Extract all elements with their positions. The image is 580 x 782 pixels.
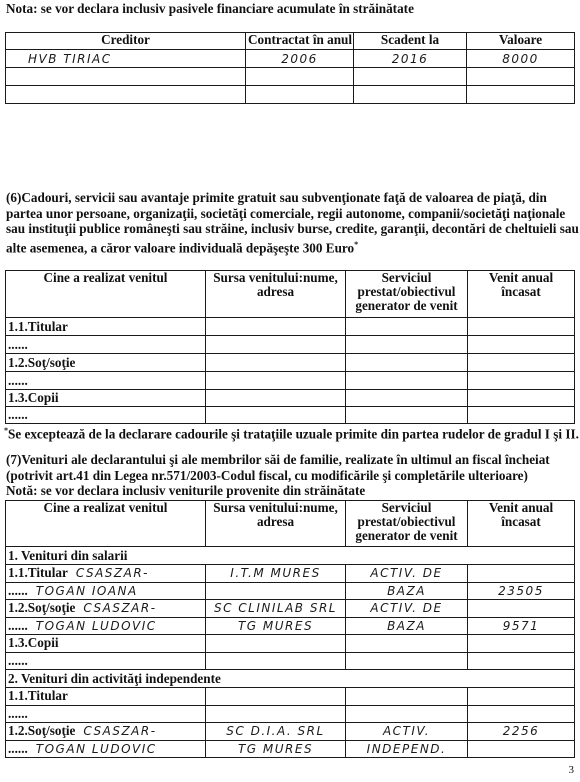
group-header-row: 1. Venituri din salarii [6, 547, 575, 565]
who-cell: 1.3.Copii [6, 635, 206, 653]
contracted-cell [246, 86, 354, 104]
value-cell: 8000 [467, 50, 575, 68]
income-cell [468, 688, 575, 706]
value-cell [467, 86, 575, 104]
due-cell [354, 86, 467, 104]
table-row: 1.2.Soţ/soţie [6, 354, 575, 372]
contracted-cell [246, 68, 354, 86]
who-cell: ......TOGAN LUDOVIC [6, 617, 206, 635]
service-cell: ACTIV. [346, 723, 468, 741]
col-contracted: Contractat în anul [246, 33, 354, 50]
creditor-cell [6, 86, 246, 104]
who-cell: 1.2.Soţ/soţieCSASZAR- [6, 600, 206, 618]
who-cell: 1.1.TitularCSASZAR- [6, 565, 206, 583]
table-row: ...... [6, 652, 575, 670]
income-cell [468, 705, 575, 723]
income-table: Cine a realizat venitul Sursa venitului:… [5, 500, 575, 758]
col-creditor: Creditor [6, 33, 246, 50]
due-cell: 2016 [354, 50, 467, 68]
service-cell: ACTIV. DE [346, 600, 468, 618]
table-row: ......TOGAN IOANABAZA23505 [6, 582, 575, 600]
table-row: 1.1.TitularCSASZAR-I.T.M MURESACTIV. DE [6, 565, 575, 583]
income-cell [468, 652, 575, 670]
group-title: 2. Venituri din activităţi independente [6, 670, 575, 688]
table-row: ...... [6, 336, 575, 354]
due-cell [354, 68, 467, 86]
table-row [6, 86, 575, 104]
service-cell: BAZA [346, 582, 468, 600]
col-source: Sursa venitului:nume, adresa [206, 271, 346, 318]
source-cell: SC CLINILAB SRL [206, 600, 346, 618]
service-cell: INDEPEND. [346, 740, 468, 758]
income-cell: 2256 [468, 723, 575, 741]
page-number: 3 [569, 764, 575, 776]
col-value: Valoare [467, 33, 575, 50]
service-cell: BAZA [346, 617, 468, 635]
col-who: Cine a realizat venitul [6, 501, 206, 547]
table-row: HVB TIRIAC 2006 2016 8000 [6, 50, 575, 68]
income-cell [468, 740, 575, 758]
gifts-table: Cine a realizat venitul Sursa venitului:… [5, 270, 575, 424]
contracted-cell: 2006 [246, 50, 354, 68]
income-cell: 9571 [468, 617, 575, 635]
table-row: 1.2.Soţ/soţieCSASZAR-SC D.I.A. SRLACTIV.… [6, 723, 575, 741]
group-title: 1. Venituri din salarii [6, 547, 575, 565]
table-row: ...... [6, 705, 575, 723]
col-who: Cine a realizat venitul [6, 271, 206, 318]
group-header-row: 2. Venituri din activităţi independente [6, 670, 575, 688]
who-cell: ......TOGAN IOANA [6, 582, 206, 600]
source-cell: I.T.M MURES [206, 565, 346, 583]
table-row: 1.1.Titular [6, 318, 575, 336]
section5-note: Nota: se vor declara inclusiv pasivele f… [6, 1, 414, 17]
source-cell: TG MURES [206, 617, 346, 635]
creditor-cell: HVB TIRIAC [6, 50, 246, 68]
col-income: Venit anual încasat [468, 501, 575, 547]
table-row: 1.2.Soţ/soţieCSASZAR-SC CLINILAB SRLACTI… [6, 600, 575, 618]
source-cell: SC D.I.A. SRL [206, 723, 346, 741]
table-row: 1.3.Copii [6, 635, 575, 653]
service-cell: ACTIV. DE [346, 565, 468, 583]
income-cell: 23505 [468, 582, 575, 600]
source-cell [206, 688, 346, 706]
source-cell: TG MURES [206, 740, 346, 758]
income-cell [468, 565, 575, 583]
service-cell [346, 635, 468, 653]
income-cell [468, 600, 575, 618]
table-row: ...... [6, 372, 575, 390]
table-row: ...... [6, 407, 575, 424]
service-cell [346, 652, 468, 670]
section6-heading: (6)Cadouri, servicii sau avantaje primit… [6, 190, 579, 255]
col-service: Serviciul prestat/obiectivul generator d… [346, 271, 468, 318]
source-cell [206, 635, 346, 653]
service-cell [346, 705, 468, 723]
asterisk-marker: * [354, 240, 358, 249]
who-cell: 1.1.Titular [6, 688, 206, 706]
col-source: Sursa venitului:nume, adresa [206, 501, 346, 547]
table-row: ......TOGAN LUDOVICTG MURESBAZA9571 [6, 617, 575, 635]
table-row: ......TOGAN LUDOVICTG MURESINDEPEND. [6, 740, 575, 758]
value-cell [467, 68, 575, 86]
gifts-footnote: *Se exceptează de la declarare cadourile… [4, 423, 579, 442]
table-row: 1.1.Titular [6, 688, 575, 706]
liabilities-table: Creditor Contractat în anul Scadent la V… [5, 32, 575, 104]
source-cell [206, 652, 346, 670]
source-cell [206, 705, 346, 723]
who-cell: 1.2.Soţ/soţieCSASZAR- [6, 723, 206, 741]
who-cell: ......TOGAN LUDOVIC [6, 740, 206, 758]
source-cell [206, 582, 346, 600]
col-service: Serviciul prestat/obiectivul generator d… [346, 501, 468, 547]
who-cell: ...... [6, 705, 206, 723]
service-cell [346, 688, 468, 706]
section7-heading: (7)Venituri ale declarantului şi ale mem… [6, 452, 550, 499]
income-cell [468, 635, 575, 653]
table-row: 1.3.Copii [6, 390, 575, 407]
creditor-cell [6, 68, 246, 86]
col-due: Scadent la [354, 33, 467, 50]
table-row [6, 68, 575, 86]
who-cell: ...... [6, 652, 206, 670]
col-income: Venit anual încasat [468, 271, 575, 318]
